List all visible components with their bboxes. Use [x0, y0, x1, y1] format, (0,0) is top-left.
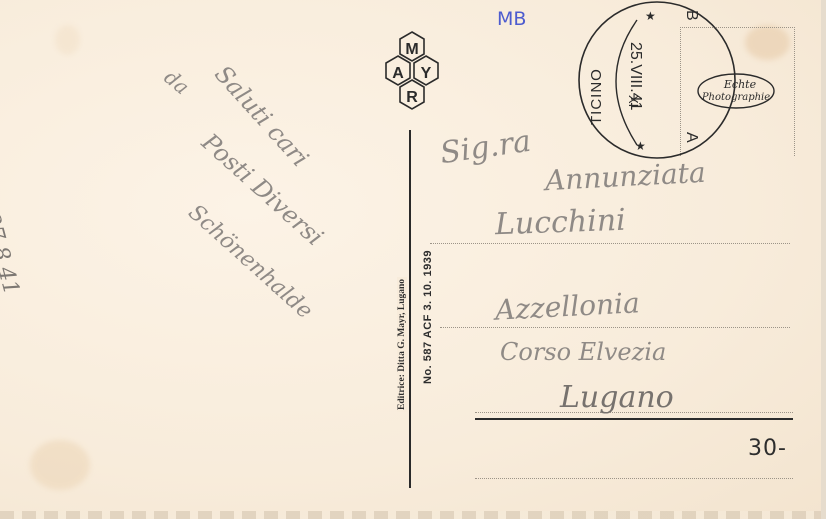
postcard-back: M A Y R Editrice: Ditta G. Mayr, Lugano … — [0, 0, 826, 519]
mayr-hexagon-logo: M A Y R — [376, 30, 448, 130]
address-line-salutation: Sig.ra — [438, 124, 533, 171]
address-line-surname: Lucchini — [494, 203, 626, 243]
postmark-date: 25.VIII.41 — [627, 42, 644, 111]
address-line-4 — [475, 478, 793, 479]
deckled-right-edge — [821, 0, 826, 519]
address-line-street: Corso Elvezia — [500, 338, 666, 366]
price-note: 30- — [748, 436, 787, 461]
postmark-star-icon: ★ — [645, 9, 656, 23]
postmark-top-text: B — [683, 10, 700, 21]
logo-letter-y: Y — [421, 65, 432, 82]
address-line-1 — [430, 243, 790, 244]
paper-stain — [55, 25, 80, 55]
logo-letter-r: R — [406, 89, 418, 106]
logo-letter-m: M — [405, 41, 418, 58]
publisher-imprint: Editrice: Ditta G. Mayr, Lugano — [397, 277, 407, 412]
address-line-city: Lugano — [560, 380, 674, 415]
address-underline — [475, 418, 793, 420]
pencil-note-mb: MB — [497, 8, 526, 30]
postmark-region: TICINO — [588, 68, 605, 125]
margin-date-note: 27.8.41 — [0, 210, 24, 298]
postmark-star-icon: ★ — [635, 139, 646, 153]
address-line-2 — [440, 327, 790, 328]
logo-letter-a: A — [392, 65, 404, 82]
paper-stain — [30, 440, 90, 490]
postmark-slot: A — [683, 132, 700, 143]
center-divider-line — [409, 130, 411, 488]
serial-number: No. 587 ACF 3. 10. 1939 — [422, 250, 434, 384]
message-line-2: da — [160, 65, 194, 99]
address-line-house: Azzellonia — [494, 286, 640, 327]
address-line-name: Annunziata — [544, 156, 706, 197]
deckled-bottom-edge — [0, 511, 826, 519]
circular-postmark: ★ ★ TICINO XI 25.VIII.41 B A — [575, 0, 745, 165]
